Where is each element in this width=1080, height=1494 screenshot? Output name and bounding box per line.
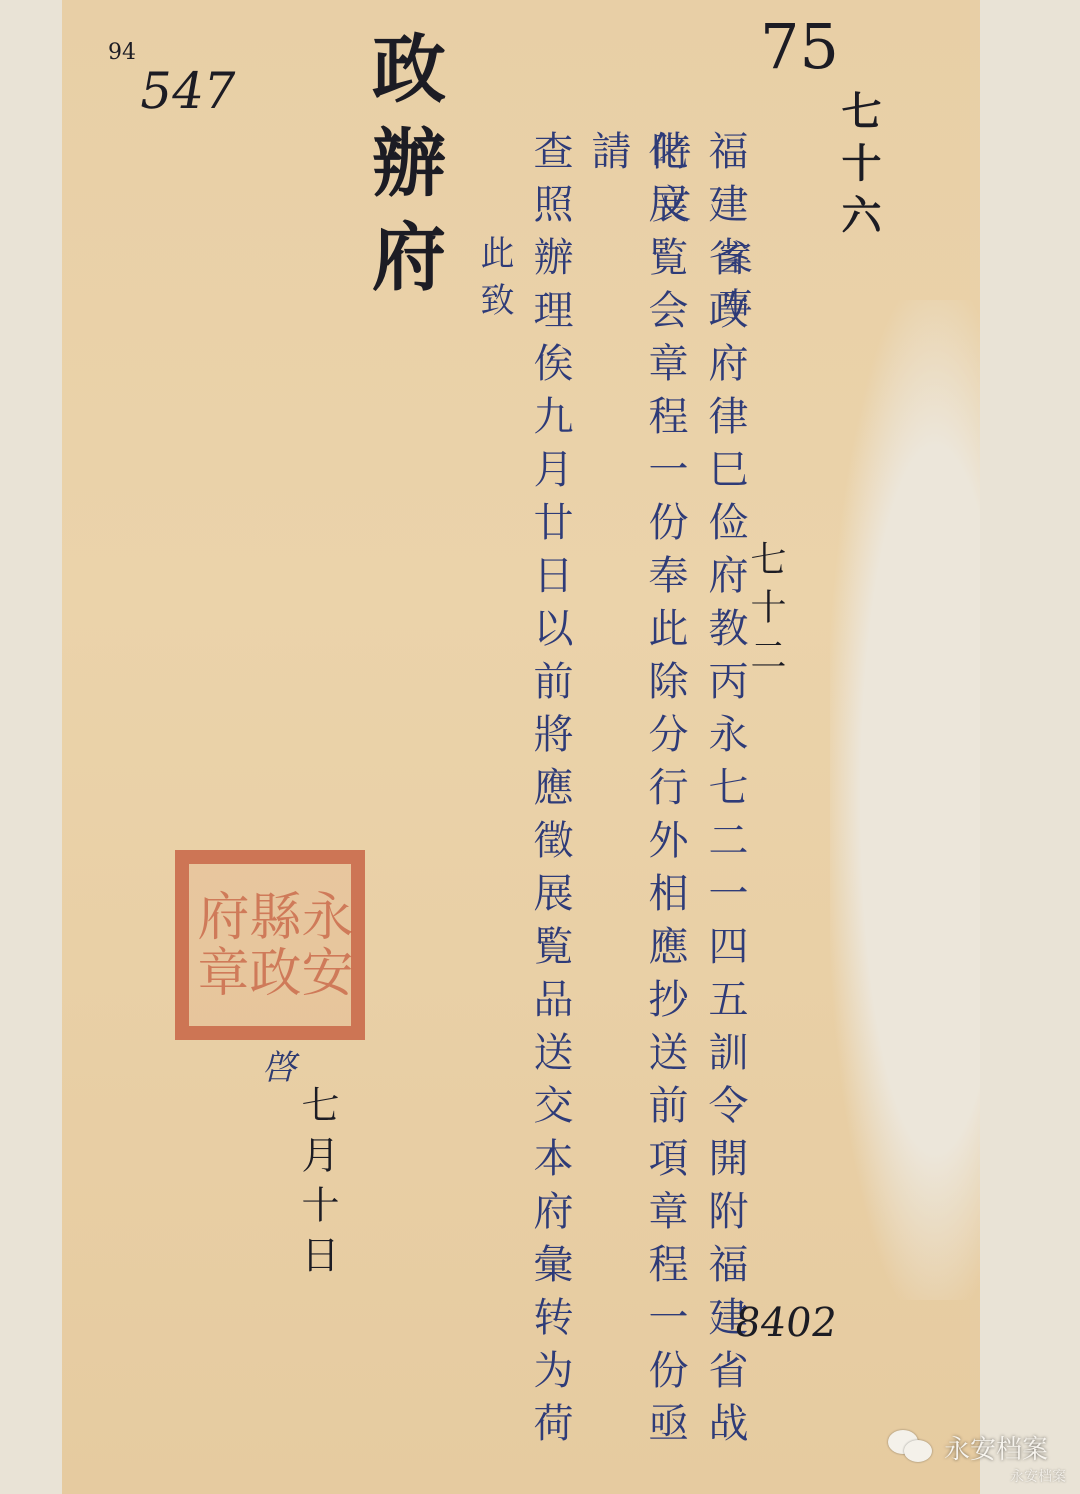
top-right-count: 七十六 xyxy=(830,90,887,246)
body-column-3: 查照辦理俟九月廿日以前將應徵展覧品送交本府彙转为荷 xyxy=(522,130,579,1455)
paper-damage xyxy=(830,300,980,1300)
watermark-small-label: 永安档案 xyxy=(1010,1466,1066,1486)
margin-note: 七十二 xyxy=(740,540,791,684)
page-number: 94 xyxy=(108,40,136,65)
bottom-number: 8402 xyxy=(732,1300,840,1346)
wechat-icon xyxy=(888,1428,936,1466)
official-seal: 永安 縣政 府章 xyxy=(175,850,365,1040)
document-title: 政辦府 xyxy=(350,30,456,312)
watermark-label: 永安档案 xyxy=(944,1429,1048,1466)
document-date: 七月十日 xyxy=(290,1085,345,1285)
seal-text-col-3: 府章 xyxy=(192,889,244,1001)
archive-number: 547 xyxy=(135,62,241,120)
seal-text-col-1: 永安 xyxy=(296,889,348,1001)
seal-text-col-2: 縣政 xyxy=(244,889,296,1001)
signature: 啓 xyxy=(262,1040,296,1089)
body-closing: 此致 xyxy=(470,235,519,329)
watermark: 永安档案 xyxy=(888,1428,1048,1466)
top-right-number: 75 xyxy=(760,10,839,83)
body-column-2: 化展覧会章程一份奉此除分行外相應抄送前項章程一份亟請 xyxy=(580,130,694,1494)
